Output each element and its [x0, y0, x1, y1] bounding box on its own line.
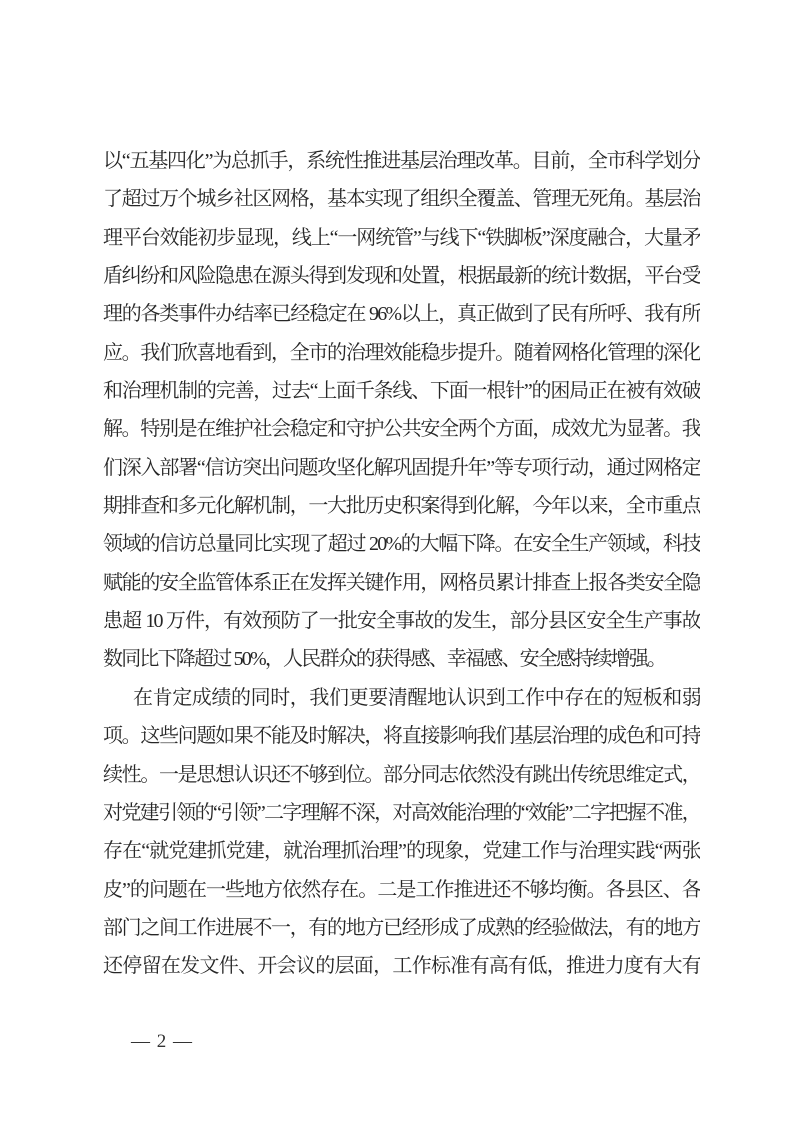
text-line: 理的各类事件办结率已经稳定在 96%以上，真正做到了民有所呼、我有所 [103, 295, 700, 333]
text-line: 皮”的问题在一些地方依然存在。二是工作推进还不够均衡。各县区、各 [103, 871, 700, 909]
text-line: 了超过万个城乡社区网格，基本实现了组织全覆盖、管理无死角。基层治 [103, 180, 700, 218]
text-line: 解。特别是在维护社会稳定和守护公共安全两个方面，成效尤为显著。我 [103, 410, 700, 448]
page-number: — 2 — [131, 1031, 193, 1053]
text-line: 还停留在发文件、开会议的层面，工作标准有高有低，推进力度有大有小， [103, 947, 700, 985]
document-page: 以“五基四化”为总抓手，系统性推进基层治理改革。目前，全市科学划分了超过万个城乡… [0, 0, 793, 1122]
text-line: 盾纠纷和风险隐患在源头得到发现和处置，根据最新的统计数据，平台受 [103, 257, 700, 295]
text-line: 以“五基四化”为总抓手，系统性推进基层治理改革。目前，全市科学划分 [103, 142, 700, 180]
document-body: 以“五基四化”为总抓手，系统性推进基层治理改革。目前，全市科学划分了超过万个城乡… [103, 142, 700, 986]
text-line: 和治理机制的完善，过去“上面千条线、下面一根针”的困局正在被有效破 [103, 372, 700, 410]
text-line: 患超 10 万件，有效预防了一批安全事故的发生，部分县区安全生产事故 [103, 602, 700, 640]
text-line: 存在“就党建抓党建，就治理抓治理”的现象，党建工作与治理实践“两张 [103, 832, 700, 870]
text-line: 在肯定成绩的同时，我们更要清醒地认识到工作中存在的短板和弱 [103, 679, 700, 717]
text-line: 部门之间工作进展不一，有的地方已经形成了成熟的经验做法，有的地方 [103, 909, 700, 947]
text-line: 领域的信访总量同比实现了超过 20%的大幅下降。在安全生产领域，科技 [103, 525, 700, 563]
text-line: 应。我们欣喜地看到，全市的治理效能稳步提升。随着网格化管理的深化 [103, 334, 700, 372]
text-line: 们深入部署“信访突出问题攻坚化解巩固提升年”等专项行动，通过网格定 [103, 449, 700, 487]
text-line: 期排查和多元化解机制，一大批历史积案得到化解，今年以来，全市重点 [103, 487, 700, 525]
text-line: 理平台效能初步显现，线上“一网统管”与线下“铁脚板”深度融合，大量矛 [103, 219, 700, 257]
text-line: 对党建引领的“引领”二字理解不深，对高效能治理的“效能”二字把握不准， [103, 794, 700, 832]
text-line: 续性。一是思想认识还不够到位。部分同志依然没有跳出传统思维定式， [103, 756, 700, 794]
text-line: 项。这些问题如果不能及时解决，将直接影响我们基层治理的成色和可持 [103, 717, 700, 755]
text-line: 数同比下降超过 50%，人民群众的获得感、幸福感、安全感持续增强。 [103, 640, 700, 678]
text-line: 赋能的安全监管体系正在发挥关键作用，网格员累计排查上报各类安全隐 [103, 564, 700, 602]
